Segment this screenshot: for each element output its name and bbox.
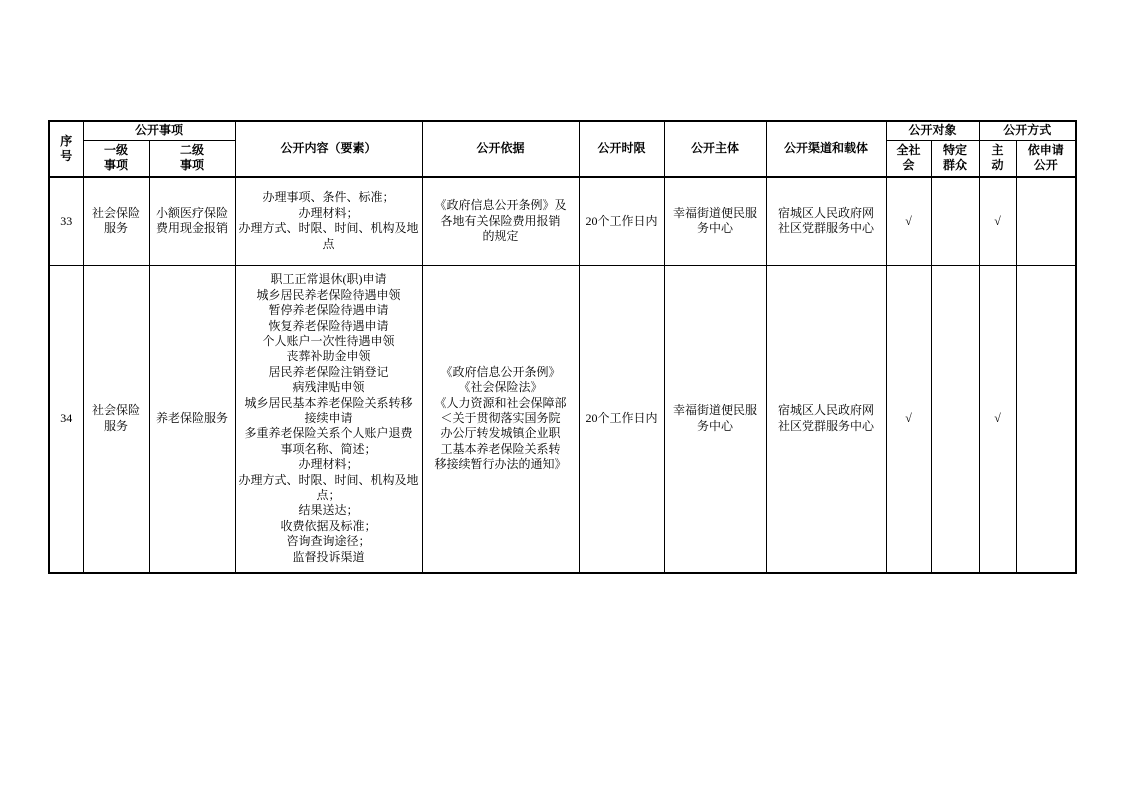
cell-mode-active-checkmark: √ xyxy=(979,177,1016,265)
disclosure-table: 序号 公开事项 公开内容（要素） 公开依据 公开时限 公开主体 公开渠道和载体 … xyxy=(48,120,1077,574)
header-serial-number: 序号 xyxy=(49,121,83,177)
cell-mode-on-request xyxy=(1016,177,1076,265)
cell-target-specific xyxy=(931,177,979,265)
header-public-content: 公开内容（要素） xyxy=(235,121,422,177)
table-row-34: 34 社会保险服务 养老保险服务 职工正常退休(职)申请城乡居民养老保险待遇申领… xyxy=(49,265,1076,573)
cell-serial-number: 34 xyxy=(49,265,83,573)
header-row-1: 序号 公开事项 公开内容（要素） 公开依据 公开时限 公开主体 公开渠道和载体 … xyxy=(49,121,1076,140)
cell-public-basis: 《政府信息公开条例》《社会保险法》《人力资源和社会保障部＜关于贯彻落实国务院办公… xyxy=(422,265,579,573)
cell-target-specific xyxy=(931,265,979,573)
cell-public-subject: 幸福街道便民服务中心 xyxy=(664,177,766,265)
cell-public-content: 职工正常退休(职)申请城乡居民养老保险待遇申领暂停养老保险待遇申请恢复养老保险待… xyxy=(235,265,422,573)
cell-mode-on-request xyxy=(1016,265,1076,573)
cell-level1-item: 社会保险服务 xyxy=(83,265,149,573)
header-public-basis: 公开依据 xyxy=(422,121,579,177)
cell-target-all-checkmark: √ xyxy=(886,177,931,265)
cell-level1-item: 社会保险服务 xyxy=(83,177,149,265)
cell-channel-carrier: 宿城区人民政府网社区党群服务中心 xyxy=(766,177,886,265)
cell-target-all-checkmark: √ xyxy=(886,265,931,573)
header-time-limit: 公开时限 xyxy=(579,121,664,177)
cell-mode-active-checkmark: √ xyxy=(979,265,1016,573)
cell-public-basis: 《政府信息公开条例》及各地有关保险费用报销的规定 xyxy=(422,177,579,265)
cell-channel-carrier: 宿城区人民政府网社区党群服务中心 xyxy=(766,265,886,573)
header-public-items: 公开事项 xyxy=(83,121,235,140)
header-public-subject: 公开主体 xyxy=(664,121,766,177)
table-row-33: 33 社会保险服务 小额医疗保险费用现金报销 办理事项、条件、标准；办理材料；办… xyxy=(49,177,1076,265)
cell-level2-item: 养老保险服务 xyxy=(149,265,235,573)
header-level1-item: 一级事项 xyxy=(83,140,149,177)
cell-time-limit: 20个工作日内 xyxy=(579,177,664,265)
cell-time-limit: 20个工作日内 xyxy=(579,265,664,573)
cell-public-subject: 幸福街道便民服务中心 xyxy=(664,265,766,573)
cell-level2-item: 小额医疗保险费用现金报销 xyxy=(149,177,235,265)
header-target-all-society: 全社会 xyxy=(886,140,931,177)
header-target-specific-group: 特定群众 xyxy=(931,140,979,177)
header-public-target: 公开对象 xyxy=(886,121,979,140)
header-mode-on-request: 依申请公开 xyxy=(1016,140,1076,177)
cell-serial-number: 33 xyxy=(49,177,83,265)
cell-public-content: 办理事项、条件、标准；办理材料；办理方式、时限、时间、机构及地点 xyxy=(235,177,422,265)
header-mode-active: 主动 xyxy=(979,140,1016,177)
document-page: 序号 公开事项 公开内容（要素） 公开依据 公开时限 公开主体 公开渠道和载体 … xyxy=(0,0,1122,793)
header-public-mode: 公开方式 xyxy=(979,121,1076,140)
header-level2-item: 二级事项 xyxy=(149,140,235,177)
header-channel-carrier: 公开渠道和载体 xyxy=(766,121,886,177)
